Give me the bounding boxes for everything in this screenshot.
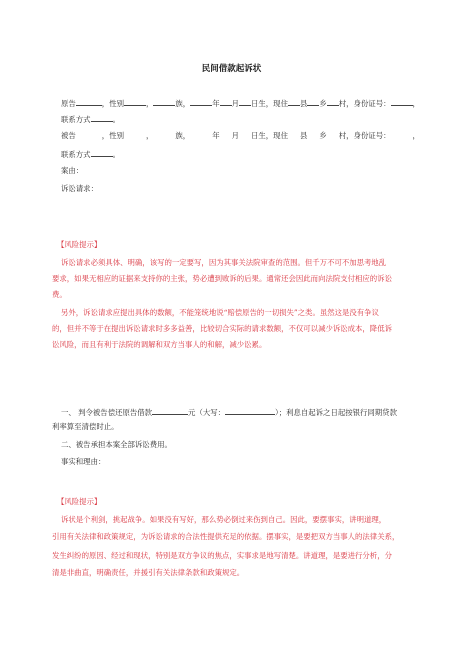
- birth-label: 日生，现住: [251, 131, 288, 140]
- plaintiff-contact-line: 联系方式。: [61, 113, 423, 125]
- document-title: 民间借款起诉状: [0, 62, 463, 74]
- line-end: 。: [113, 115, 120, 124]
- plaintiff-township-blank[interactable]: [307, 97, 319, 106]
- township-label: 乡: [319, 131, 326, 140]
- facts-label: 事实和理由：: [61, 457, 423, 467]
- amount-in-words-blank[interactable]: [225, 406, 275, 415]
- claim-item-1: 一、 判令被告偿还原告借款元（大写：）；利息自起诉之日起按银行同期贷款: [61, 406, 423, 418]
- sex-label: ，性别: [102, 131, 124, 140]
- risk-tip-text: 诉讼请求必须具体、明确，该写的一定要写，因为其事关法院审查的范围。但千万不可不加…: [61, 258, 423, 268]
- risk-tip-text: 费。: [52, 290, 423, 300]
- claim-item-1-cont: 利率算至清偿时止。: [52, 422, 423, 432]
- plaintiff-name-blank[interactable]: [76, 97, 102, 106]
- month-label: 月: [232, 99, 239, 108]
- month-label: 月: [232, 131, 239, 140]
- risk-tip-heading: 【风险提示】: [57, 497, 423, 507]
- document-page: 民间借款起诉状 原告，性别，族，年月日生，现住县乡村，身份证号：， 联系方式。 …: [0, 0, 463, 655]
- plaintiff-county-blank[interactable]: [288, 97, 300, 106]
- comma: ，: [146, 131, 153, 140]
- nation-label: 族，: [175, 99, 190, 108]
- claim-1-text: 一、 判令被告偿还原告借款: [61, 408, 152, 417]
- defendant-label: 被告: [61, 131, 76, 140]
- village-label: 村，身份证号：: [339, 131, 391, 140]
- defendant-contact-blank[interactable]: [91, 148, 113, 157]
- sex-label: ，性别: [102, 99, 124, 108]
- plaintiff-sex-blank[interactable]: [124, 97, 146, 106]
- defendant-info-line: 被告，性别，族，年月日生，现住县乡村，身份证号：，: [61, 131, 423, 141]
- township-label: 乡: [319, 99, 326, 108]
- contact-label: 联系方式: [61, 150, 91, 159]
- cause-label: 案由：: [61, 166, 423, 176]
- line-end: 。: [113, 150, 120, 159]
- plaintiff-month-blank[interactable]: [220, 97, 232, 106]
- defendant-contact-line: 联系方式。: [61, 148, 423, 160]
- risk-tip-text: 要求，如果无相应的证据来支持你的主张，势必遭到败诉的后果。通常还会因此而向法院支…: [52, 274, 423, 284]
- line-end: ，: [413, 99, 420, 108]
- plaintiff-day-blank[interactable]: [239, 97, 251, 106]
- risk-tip-text: 诉状是个利剑，挑起战争。如果没有写好，那么势必倒过来伤到自己。因此，要摆事实，讲…: [61, 515, 423, 525]
- plaintiff-info-line: 原告，性别，族，年月日生，现住县乡村，身份证号：，: [61, 97, 423, 109]
- plaintiff-nation-blank[interactable]: [153, 97, 175, 106]
- claim-1-unit: 元（大写：: [188, 408, 225, 417]
- plaintiff-id-blank[interactable]: [391, 97, 413, 106]
- plaintiff-village-blank[interactable]: [327, 97, 339, 106]
- village-label: 村，身份证号：: [339, 99, 391, 108]
- year-label: 年: [212, 99, 219, 108]
- claim-item-2: 二、被告承担本案全部诉讼费用。: [61, 440, 423, 450]
- line-end: ，: [413, 131, 420, 140]
- risk-tip-text: 的，但并不等于在提出诉讼请求时多多益善，比较切合实际的请求数额，不仅可以减少诉讼…: [52, 324, 423, 334]
- nation-label: 族，: [175, 131, 190, 140]
- loan-amount-blank[interactable]: [152, 406, 188, 415]
- risk-tip-text: 引用有关法律和政策规定，为诉讼请求的合法性提供充足的依据。摆事实，是要把双方当事…: [52, 532, 423, 542]
- birth-label: 日生，现住: [251, 99, 288, 108]
- risk-tip-text: 讼风险，而且有利于法院的调解和双方当事人的和解，减少讼累。: [52, 340, 423, 350]
- claim-1-suffix: ）；利息自起诉之日起按银行同期贷款: [275, 408, 397, 417]
- county-label: 县: [300, 99, 307, 108]
- contact-label: 联系方式: [61, 115, 91, 124]
- risk-tip-text: 另外，诉讼请求应提出具体的数额，不能笼统地说“赔偿原告的一切损失”之类。虽然这是…: [61, 308, 423, 318]
- county-label: 县: [300, 131, 307, 140]
- plaintiff-year-blank[interactable]: [190, 97, 212, 106]
- risk-tip-text: 清是非曲直，明确责任，并援引有关法律条款和政策规定。: [52, 568, 423, 578]
- year-label: 年: [212, 131, 219, 140]
- plaintiff-contact-blank[interactable]: [91, 113, 113, 122]
- risk-tip-text: 发生纠纷的原因、经过和现状，特别是双方争议的焦点，实事求是地写清楚。讲道理，是要…: [52, 551, 423, 561]
- plaintiff-label: 原告: [61, 99, 76, 108]
- claims-label: 诉讼请求：: [61, 184, 423, 194]
- risk-tip-heading: 【风险提示】: [57, 240, 423, 250]
